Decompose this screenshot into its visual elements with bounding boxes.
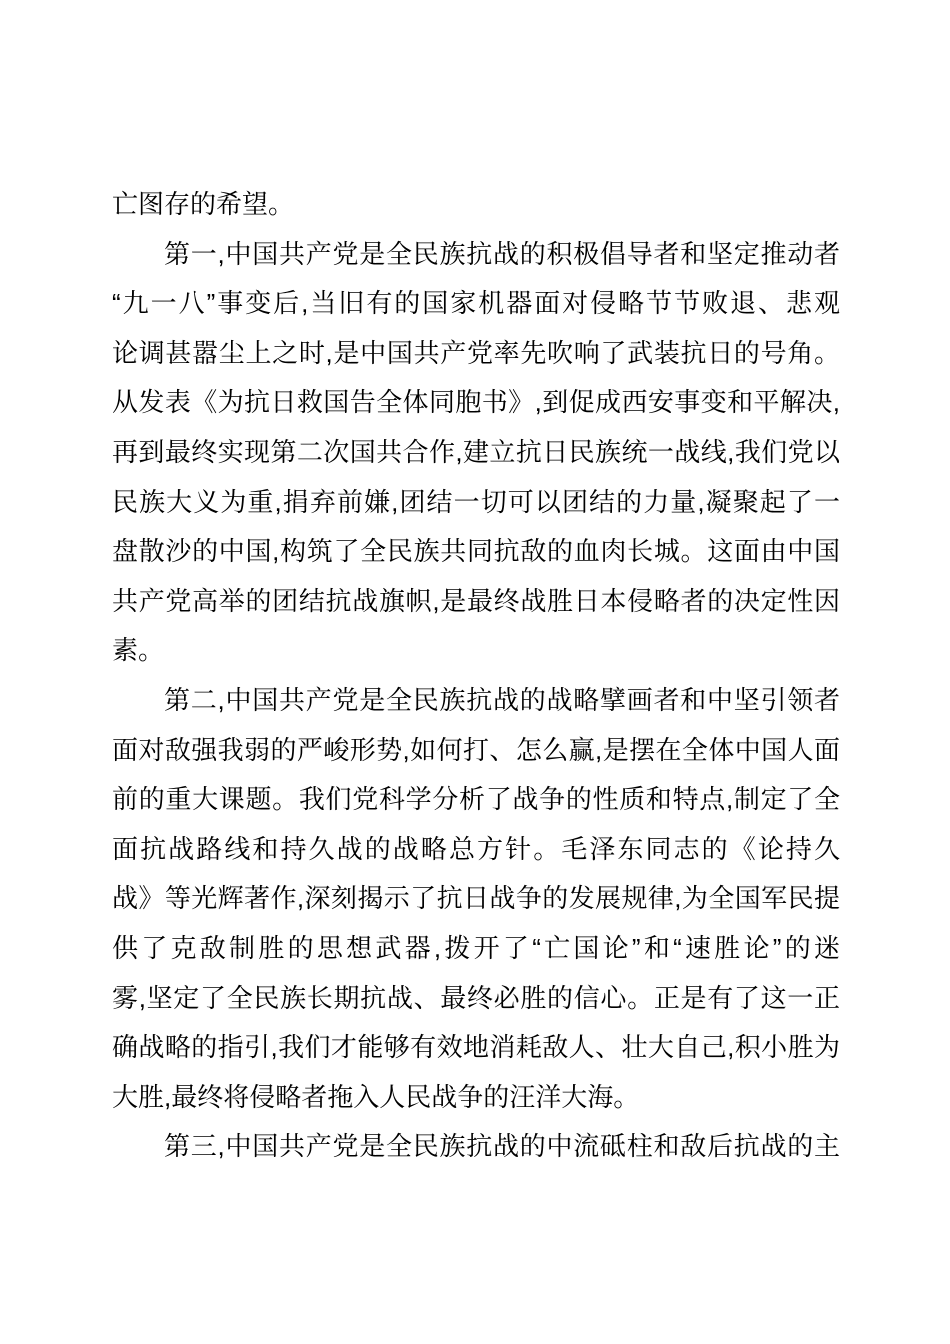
document-body: 亡图存的希望。第一,中国共产党是全民族抗战的积极倡导者和坚定推动者“九一八”事变… (112, 180, 840, 1172)
text-line: 第一,中国共产党是全民族抗战的积极倡导者和坚定推动者 (112, 230, 840, 280)
text-line: 再到最终实现第二次国共合作,建立抗日民族统一战线,我们党以 (112, 428, 840, 478)
text-line: 论调甚嚣尘上之时,是中国共产党率先吹响了武装抗日的号角。 (112, 329, 840, 379)
text-line: 素。 (112, 626, 840, 676)
text-line: 亡图存的希望。 (112, 180, 840, 230)
text-line: 盘散沙的中国,构筑了全民族共同抗敌的血肉长城。这面由中国 (112, 527, 840, 577)
text-line: 第二,中国共产党是全民族抗战的战略擘画者和中坚引领者 (112, 676, 840, 726)
text-line: 雾,坚定了全民族长期抗战、最终必胜的信心。正是有了这一正 (112, 974, 840, 1024)
text-line: “九一八”事变后,当旧有的国家机器面对侵略节节败退、悲观 (112, 279, 840, 329)
text-line: 民族大义为重,捐弃前嫌,团结一切可以团结的力量,凝聚起了一 (112, 478, 840, 528)
text-line: 战》等光辉著作,深刻揭示了抗日战争的发展规律,为全国军民提 (112, 874, 840, 924)
text-line: 第三,中国共产党是全民族抗战的中流砥柱和敌后抗战的主 (112, 1122, 840, 1172)
text-line: 从发表《为抗日救国告全体同胞书》,到促成西安事变和平解决, (112, 378, 840, 428)
text-line: 共产党高举的团结抗战旗帜,是最终战胜日本侵略者的决定性因 (112, 577, 840, 627)
text-line: 面抗战路线和持久战的战略总方针。毛泽东同志的《论持久 (112, 825, 840, 875)
document-page: 亡图存的希望。第一,中国共产党是全民族抗战的积极倡导者和坚定推动者“九一八”事变… (0, 0, 950, 1344)
text-line: 大胜,最终将侵略者拖入人民战争的汪洋大海。 (112, 1073, 840, 1123)
text-line: 面对敌强我弱的严峻形势,如何打、怎么赢,是摆在全体中国人面 (112, 726, 840, 776)
text-line: 供了克敌制胜的思想武器,拨开了“亡国论”和“速胜论”的迷 (112, 924, 840, 974)
text-line: 前的重大课题。我们党科学分析了战争的性质和特点,制定了全 (112, 775, 840, 825)
text-line: 确战略的指引,我们才能够有效地消耗敌人、壮大自己,积小胜为 (112, 1023, 840, 1073)
